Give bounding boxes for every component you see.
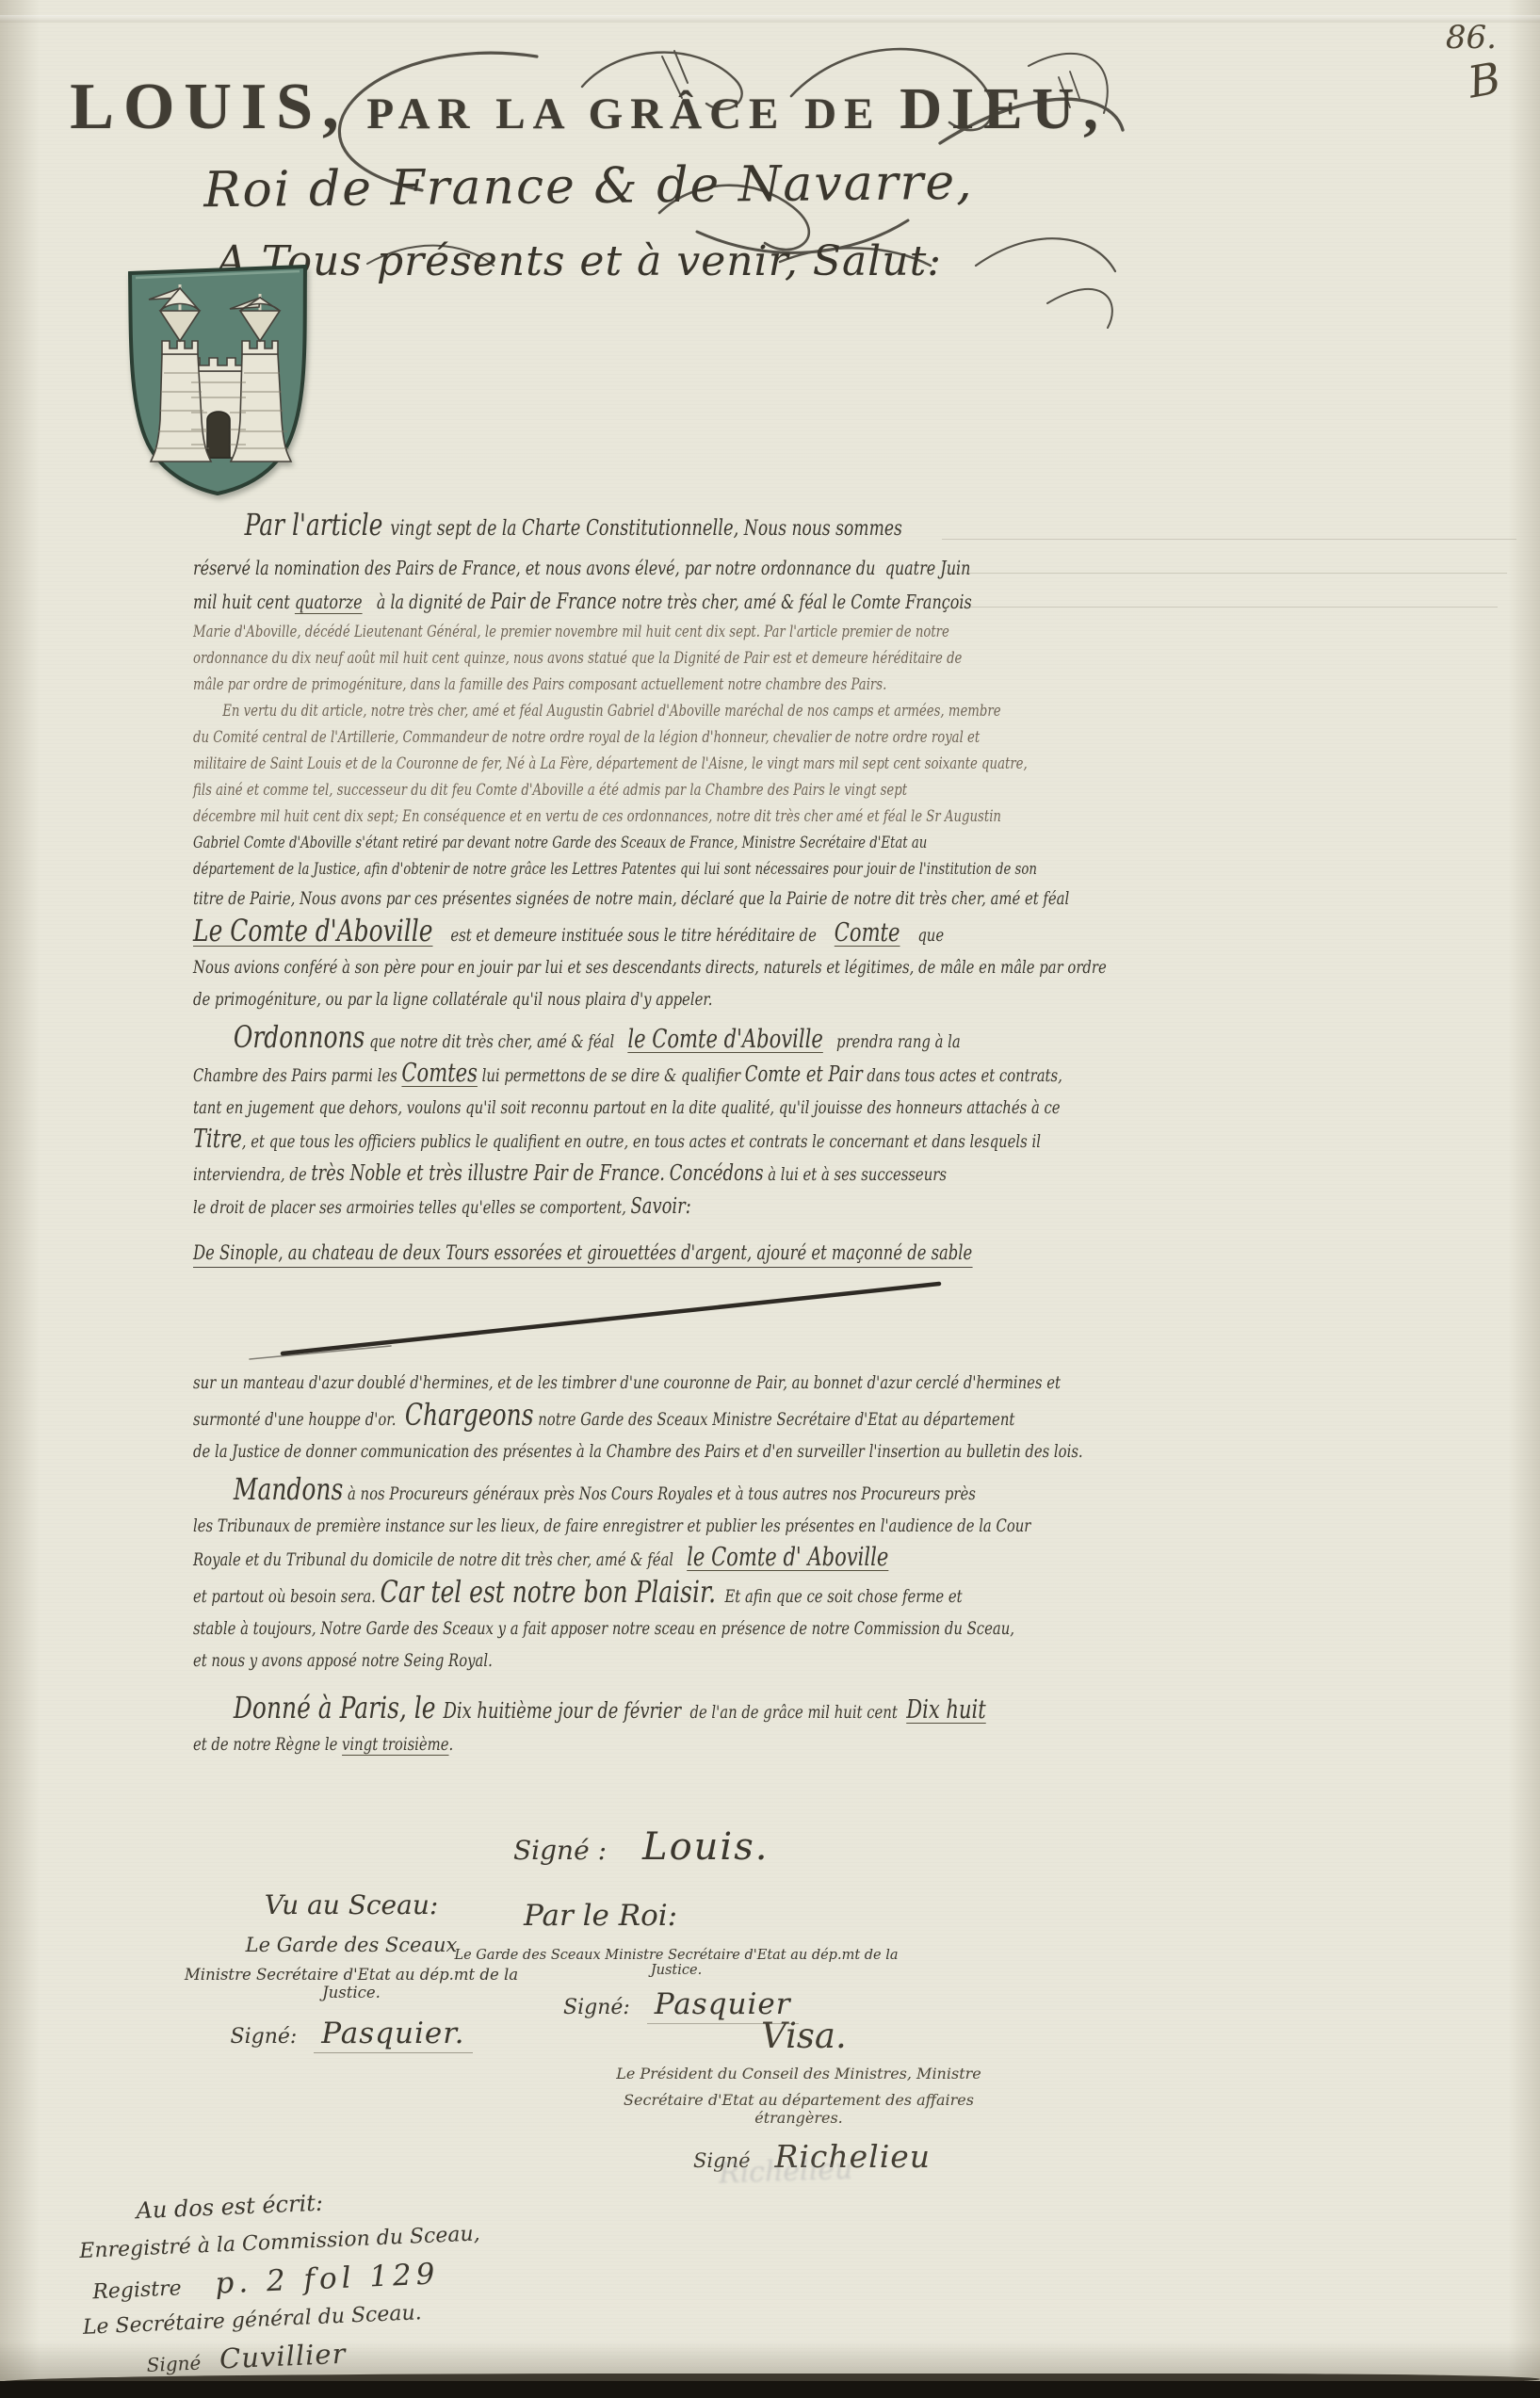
text-line: stable à toujours, Notre Garde des Sceau… xyxy=(193,1612,957,1645)
text-segment: Royale et du Tribunal du domicile de not… xyxy=(193,1549,687,1570)
ruling-guide xyxy=(942,607,1498,608)
title-middle: PAR LA GRÂCE DE xyxy=(349,89,900,138)
text-line: réservé la nomination des Pairs de Franc… xyxy=(193,551,957,585)
text-line: Par l'article vingt sept de la Charte Co… xyxy=(193,503,957,551)
text-line: sur un manteau d'azur doublé d'hermines,… xyxy=(193,1367,957,1399)
text-segment: le Comte d'Aboville xyxy=(627,1025,822,1054)
text-segment: vingt troisième xyxy=(342,1734,448,1755)
text-segment: Dix huitième jour de février xyxy=(443,1699,681,1724)
text-segment: tant en jugement que dehors, voulons qu'… xyxy=(193,1097,1061,1118)
text-segment: De Sinople, au chateau de deux Tours ess… xyxy=(193,1241,972,1268)
text-segment: Nous nous sommes xyxy=(738,517,901,541)
scan-edge xyxy=(0,2381,1540,2398)
text-segment: notre très cher, amé & féal le Comte Fra… xyxy=(617,591,972,613)
bleed-through-signature: Richelieu xyxy=(718,2153,852,2191)
text-line: fils ainé et comme tel, successeur du di… xyxy=(193,777,957,803)
registre-label: Registre xyxy=(92,2276,182,2304)
text-line: département de la Justice, afin d'obteni… xyxy=(193,856,957,883)
text-line: Donné à Paris, le Dix huitième jour de f… xyxy=(193,1692,957,1728)
text-segment: Marie d'Aboville, décédé Lieutenant Géné… xyxy=(193,623,949,641)
text-segment: Nous avions conféré à son père pour en j… xyxy=(193,957,1107,978)
text-line: Titre, et que tous les officiers publics… xyxy=(193,1124,957,1158)
text-segment: mil huit cent xyxy=(193,591,295,613)
text-segment: Comte et Pair xyxy=(745,1062,863,1087)
text-line: interviendra, de très Noble et très illu… xyxy=(193,1158,957,1191)
text-line: le droit de placer ses armoiries telles … xyxy=(193,1191,957,1223)
text-segment: très Noble et très illustre Pair de Fran… xyxy=(311,1161,665,1186)
page-right-edge xyxy=(1508,0,1540,2398)
text-line: ordonnance du dix neuf août mil huit cen… xyxy=(193,645,957,672)
text-line: et nous y avons apposé notre Seing Royal… xyxy=(193,1645,957,1677)
affaires-etrangeres-line: Secrétaire d'Etat au département des aff… xyxy=(610,2091,987,2127)
text-segment: ordonnance du dix neuf août mil huit cen… xyxy=(193,649,962,668)
letters-patent-page: 86. B LOUIS, PAR LA GRÂCE DE DIEU, Roi d… xyxy=(0,0,1540,2398)
text-segment: et partout où besoin sera. xyxy=(193,1586,381,1607)
text-segment: Donné à Paris, le xyxy=(234,1690,444,1726)
paper-crease xyxy=(0,15,1540,23)
text-line: les Tribunaux de première instance sur l… xyxy=(193,1510,957,1542)
text-segment: Savoir: xyxy=(631,1194,691,1219)
text-segment: que xyxy=(900,925,944,946)
text-segment: Concédons xyxy=(670,1161,764,1186)
signed-label: Signé : xyxy=(513,1835,607,1866)
text-segment: Gabriel Comte d'Aboville s'étant retiré … xyxy=(193,834,927,852)
garde-des-sceaux-line: Le Garde des Sceaux Ministre Secrétaire … xyxy=(441,1948,912,1978)
text-line: De Sinople, au chateau de deux Tours ess… xyxy=(193,1231,957,1274)
text-segment: le Comte d' Aboville xyxy=(687,1543,888,1572)
text-line: surmonté d'une houppe d'or. Chargeons no… xyxy=(193,1399,957,1435)
text-segment: titre de Pairie, Nous avons par ces prés… xyxy=(193,888,1069,909)
text-segment: département de la Justice, afin d'obteni… xyxy=(193,860,1037,879)
text-segment: Le Comte d'Aboville xyxy=(193,913,432,948)
text-line: titre de Pairie, Nous avons par ces prés… xyxy=(193,883,957,915)
text-segment: à nos Procureurs généraux près Nos Cours… xyxy=(343,1483,976,1504)
text-segment: Car tel est notre bon Plaisir. xyxy=(381,1574,716,1610)
ruling-guide xyxy=(942,539,1516,540)
visa-title: Visa. xyxy=(610,2016,987,2056)
text-line: militaire de Saint Louis et de la Couron… xyxy=(193,751,957,777)
text-line: mâle par ordre de primogéniture, dans la… xyxy=(193,672,957,698)
text-segment: Titre xyxy=(193,1125,242,1154)
text-segment: Comtes xyxy=(401,1059,477,1088)
text-segment: quatorze xyxy=(295,591,363,613)
text-segment: vingt sept de la xyxy=(390,517,522,541)
text-segment: notre Garde des Sceaux Ministre Secrétai… xyxy=(534,1409,1015,1430)
text-segment: militaire de Saint Louis et de la Couron… xyxy=(193,754,1028,773)
body-text: Par l'article vingt sept de la Charte Co… xyxy=(193,503,975,1760)
registre-reference: p. 2 fol 129 xyxy=(215,2257,441,2300)
title-word-louis: LOUIS, xyxy=(70,71,348,143)
text-segment: fils ainé et comme tel, successeur du di… xyxy=(193,781,907,800)
text-segment: Pair de France xyxy=(491,590,617,614)
text-segment: que notre dit très cher, amé & féal xyxy=(365,1031,627,1052)
text-segment: Chambre des Pairs parmi les xyxy=(193,1065,401,1086)
text-segment: sur un manteau d'azur doublé d'hermines,… xyxy=(193,1372,1061,1393)
text-segment: à lui et à ses successeurs xyxy=(764,1164,947,1185)
visa-block: Visa. Le Président du Conseil des Minist… xyxy=(610,2016,987,2177)
text-segment: Chargeons xyxy=(405,1397,534,1433)
text-line: Royale et du Tribunal du domicile de not… xyxy=(193,1542,957,1576)
text-segment: Ordonnons xyxy=(234,1019,365,1055)
text-line: Ordonnons que notre dit très cher, amé &… xyxy=(193,1021,957,1058)
text-segment: Et afin que ce soit chose ferme et xyxy=(716,1586,963,1607)
text-segment: Dix huit xyxy=(906,1695,986,1725)
text-line: et de notre Règne le vingt troisième. xyxy=(193,1728,957,1760)
coat-of-arms-shield xyxy=(121,260,314,497)
diagonal-rule xyxy=(193,1278,975,1361)
ruling-guide xyxy=(942,573,1507,574)
text-segment: . xyxy=(449,1734,454,1755)
text-segment: lui permettons de se dire & qualifier xyxy=(478,1065,745,1086)
page-left-edge xyxy=(0,0,40,2398)
text-line: Gabriel Comte d'Aboville s'étant retiré … xyxy=(193,830,957,856)
signed-label: Signé: xyxy=(231,2025,298,2049)
text-segment: Mandons xyxy=(234,1471,343,1507)
par-le-roi-line: Par le Roi: xyxy=(441,1899,912,1933)
text-line: Le Comte d'Aboville est et demeure insti… xyxy=(193,915,957,951)
text-line: En vertu du dit article, notre très cher… xyxy=(193,698,957,724)
text-segment: Comte xyxy=(835,918,900,948)
text-line: Chambre des Pairs parmi les Comtes lui p… xyxy=(193,1058,957,1092)
title-word-dieu: DIEU, xyxy=(900,77,1108,141)
royal-subtitle: Roi de France & de Navarre, xyxy=(0,152,1177,220)
text-line: décembre mil huit cent dix sept; En cons… xyxy=(193,803,957,830)
text-segment: les Tribunaux de première instance sur l… xyxy=(193,1515,1030,1536)
par-le-roi-block: Par le Roi: Le Garde des Sceaux Ministre… xyxy=(441,1899,912,2024)
text-line: du Comité central de l'Artillerie, Comma… xyxy=(193,724,957,751)
text-segment: de la Justice de donner communication de… xyxy=(193,1441,1083,1462)
royal-title: LOUIS, PAR LA GRÂCE DE DIEU, xyxy=(0,70,1177,145)
text-line: et partout où besoin sera. Car tel est n… xyxy=(193,1576,957,1612)
text-line: tant en jugement que dehors, voulons qu'… xyxy=(193,1092,957,1124)
text-line: de primogéniture, ou par la ligne collat… xyxy=(193,983,957,1015)
text-line: de la Justice de donner communication de… xyxy=(193,1435,957,1467)
body-lines: Par l'article vingt sept de la Charte Co… xyxy=(193,503,975,1760)
folio-paraph: B xyxy=(1465,52,1505,107)
king-signature-name: Louis. xyxy=(642,1825,769,1869)
text-segment: est et demeure instituée sous le titre h… xyxy=(432,925,834,946)
text-segment: Par l'article xyxy=(245,507,391,543)
text-segment: En vertu du dit article, notre très cher… xyxy=(222,702,1000,721)
au-dos-line: Au dos est écrit: xyxy=(77,2180,530,2227)
text-segment: mâle par ordre de primogéniture, dans la… xyxy=(193,675,886,694)
text-line: mil huit cent quatorze à la dignité de P… xyxy=(193,585,957,619)
text-segment: du Comité central de l'Artillerie, Comma… xyxy=(193,728,980,747)
text-segment: stable à toujours, Notre Garde des Sceau… xyxy=(193,1618,1014,1639)
text-segment: interviendra, de xyxy=(193,1164,311,1185)
text-segment: décembre mil huit cent dix sept; En cons… xyxy=(193,807,1001,826)
text-segment: surmonté d'une houppe d'or. xyxy=(193,1409,405,1430)
text-segment: de primogéniture, ou par la ligne collat… xyxy=(193,989,713,1010)
text-line: Nous avions conféré à son père pour en j… xyxy=(193,951,957,983)
text-line: Mandons à nos Procureurs généraux près N… xyxy=(193,1473,957,1510)
text-segment: Charte Constitutionnelle, xyxy=(522,516,738,541)
royal-signature: Signé : Louis. xyxy=(513,1825,769,1869)
folio-number: 86. xyxy=(1446,19,1497,57)
text-segment: prendra rang à la xyxy=(823,1031,961,1052)
text-segment: de l'an de grâce mil huit cent xyxy=(681,1702,906,1723)
text-segment: et nous y avons apposé notre Seing Royal… xyxy=(193,1650,493,1671)
text-segment: le droit de placer ses armoiries telles … xyxy=(193,1197,631,1218)
text-segment: à la dignité de xyxy=(363,591,491,613)
text-segment: dans tous actes et contrats, xyxy=(863,1065,1062,1086)
text-segment: réservé la nomination des Pairs de Franc… xyxy=(193,557,970,579)
president-conseil-line: Le Président du Conseil des Ministres, M… xyxy=(610,2065,987,2082)
text-segment: et de notre Règne le xyxy=(193,1734,342,1755)
text-segment: , et que tous les officiers publics le q… xyxy=(242,1131,1041,1152)
text-line: Marie d'Aboville, décédé Lieutenant Géné… xyxy=(193,619,957,645)
